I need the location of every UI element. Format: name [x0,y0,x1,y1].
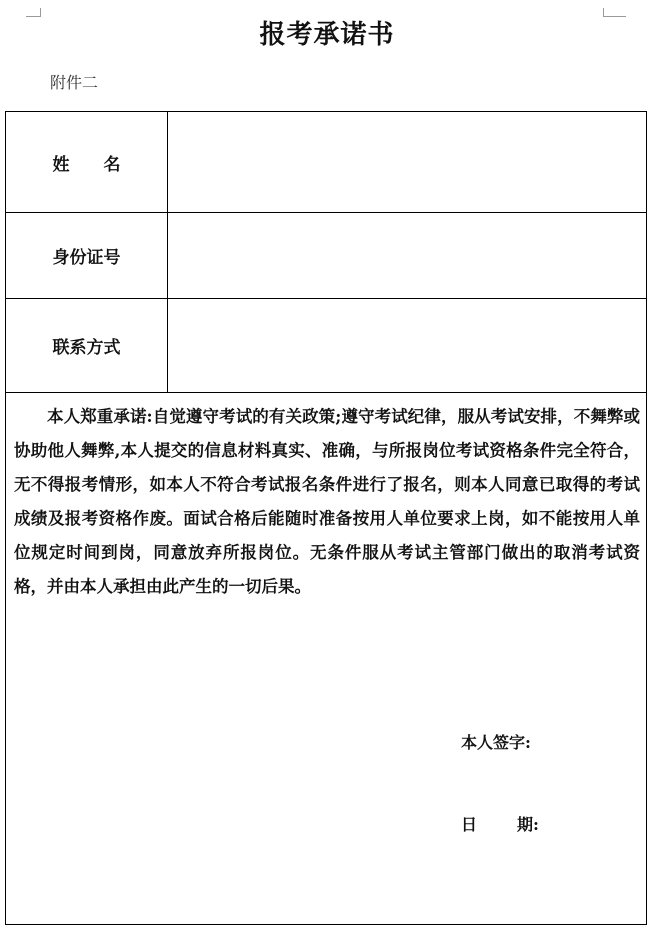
contact-label: 联系方式 [6,299,168,392]
date-label: 日期: [461,812,539,835]
id-number-label: 身份证号 [6,213,168,298]
row-contact: 联系方式 [6,299,646,393]
pledge-body: 自觉遵守考试的有关政策;遵守考试纪律，服从考试安排，不舞弊或协助他人舞弊,本人提… [14,407,640,596]
id-number-field[interactable] [168,213,646,298]
pledge-lead: 本人郑重承诺: [47,407,153,426]
row-id-number: 身份证号 [6,213,646,299]
attachment-label: 附件二 [50,70,98,93]
name-field[interactable] [168,112,646,212]
pledge-paragraph: 本人郑重承诺:自觉遵守考试的有关政策;遵守考试纪律，服从考试安排，不舞弊或协助他… [14,400,640,604]
date-label-part2: 期: [517,815,539,834]
signature-label: 本人签字: [461,730,531,753]
document-title: 报考承诺书 [0,14,654,51]
pledge-form-table: 姓 名 身份证号 联系方式 本人郑重承诺:自觉遵守考试的有关政策;遵守考试纪律，… [5,111,647,925]
name-label: 姓 名 [6,112,168,212]
contact-field[interactable] [168,299,646,392]
row-name: 姓 名 [6,112,646,213]
date-label-part1: 日 [461,815,477,834]
